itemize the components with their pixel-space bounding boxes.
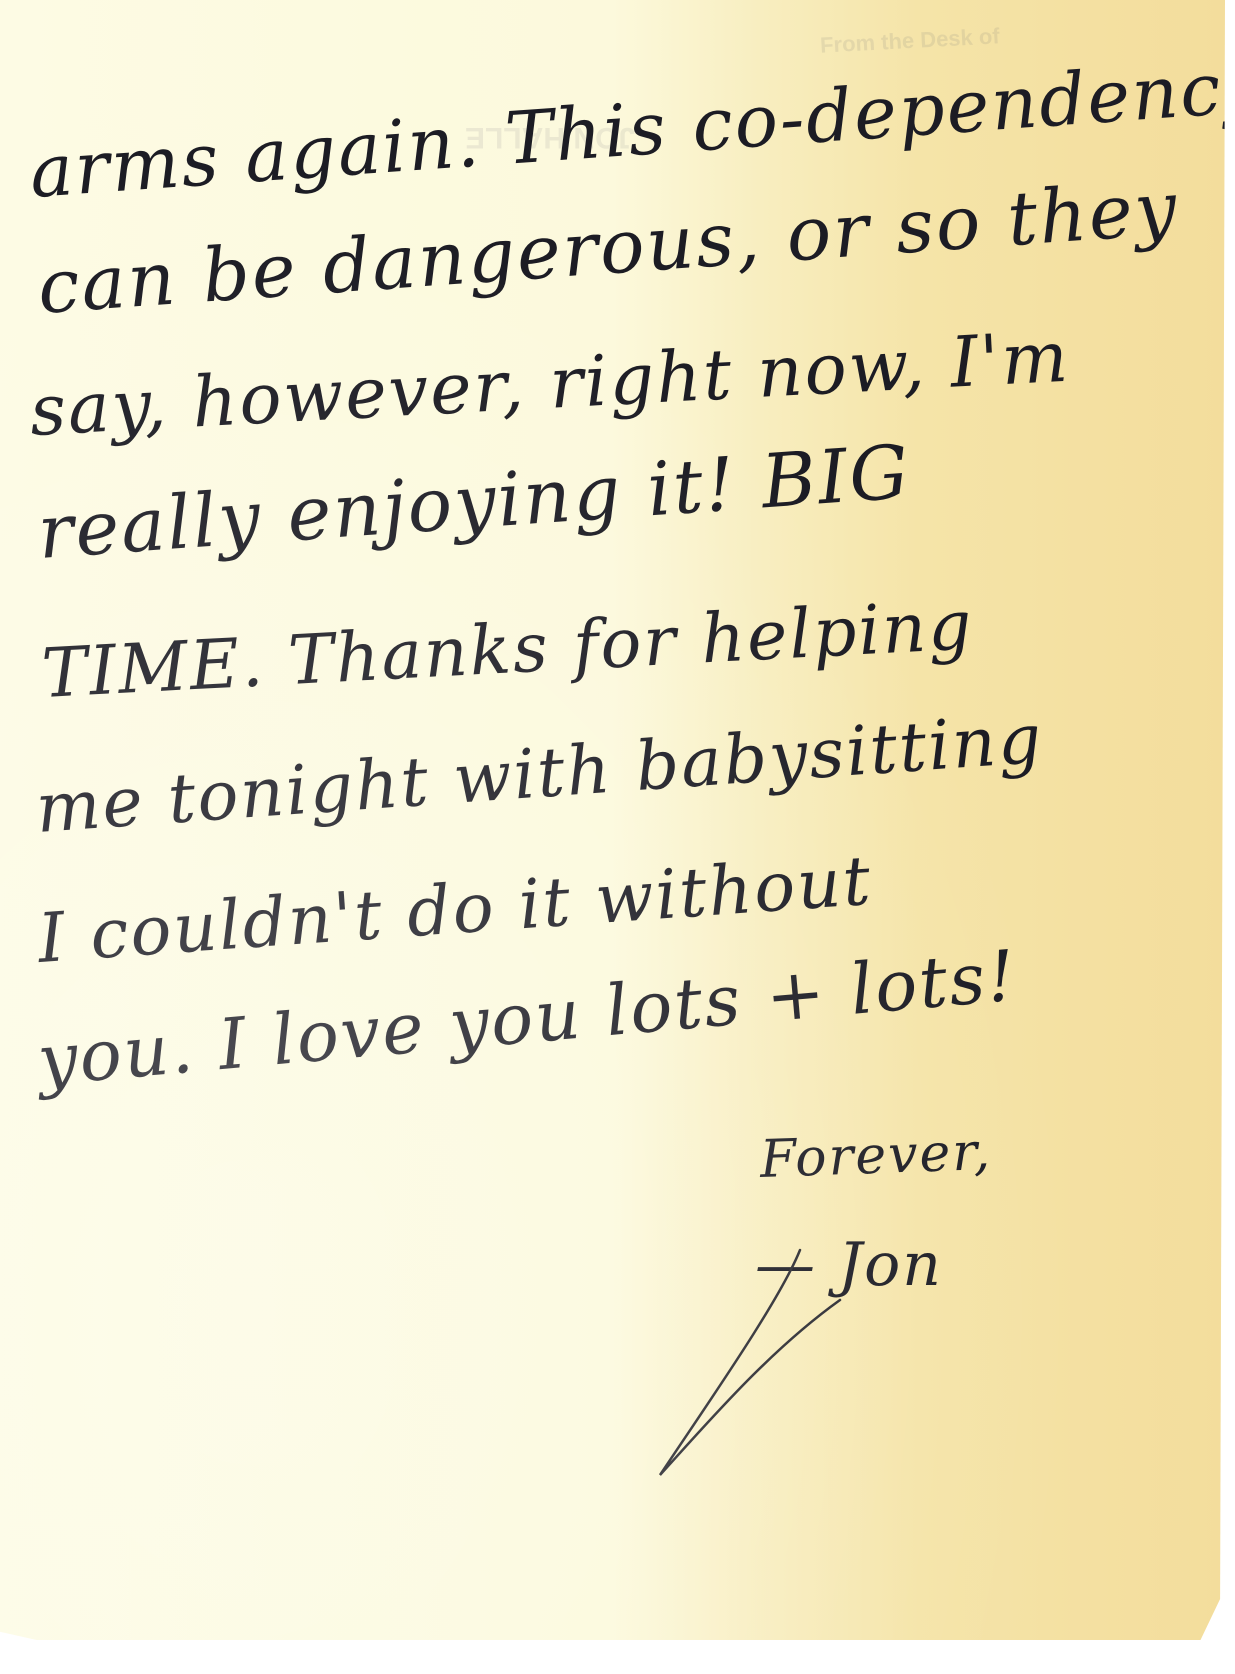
letter-line-5: TIME. Thanks for helping: [40, 586, 975, 714]
letter-line-1: arms again. This co-dependency: [27, 44, 1235, 214]
letter-line-6: me tonight with babysitting: [33, 700, 1046, 849]
letter-closing: Forever,: [759, 1122, 993, 1190]
letterhead-faint: From the Desk of: [819, 23, 1000, 58]
letter-line-7: I couldn't do it without: [35, 842, 874, 979]
letter-line-3: say, however, right now, I'm: [28, 316, 1072, 452]
letter-line-8: you. I love you lots + lots!: [34, 935, 1020, 1102]
letter-line-2: can be dangerous, or so they: [35, 165, 1181, 331]
signature-flourish-icon: [650, 1240, 870, 1480]
letterhead-name-faint: JON HALLE: [465, 120, 635, 154]
letter-line-4: really enjoying it! BIG: [35, 429, 913, 576]
letter-signature: — Jon: [755, 1230, 943, 1300]
letter-paper: From the Desk of JON HALLE arms again. T…: [0, 0, 1225, 1640]
